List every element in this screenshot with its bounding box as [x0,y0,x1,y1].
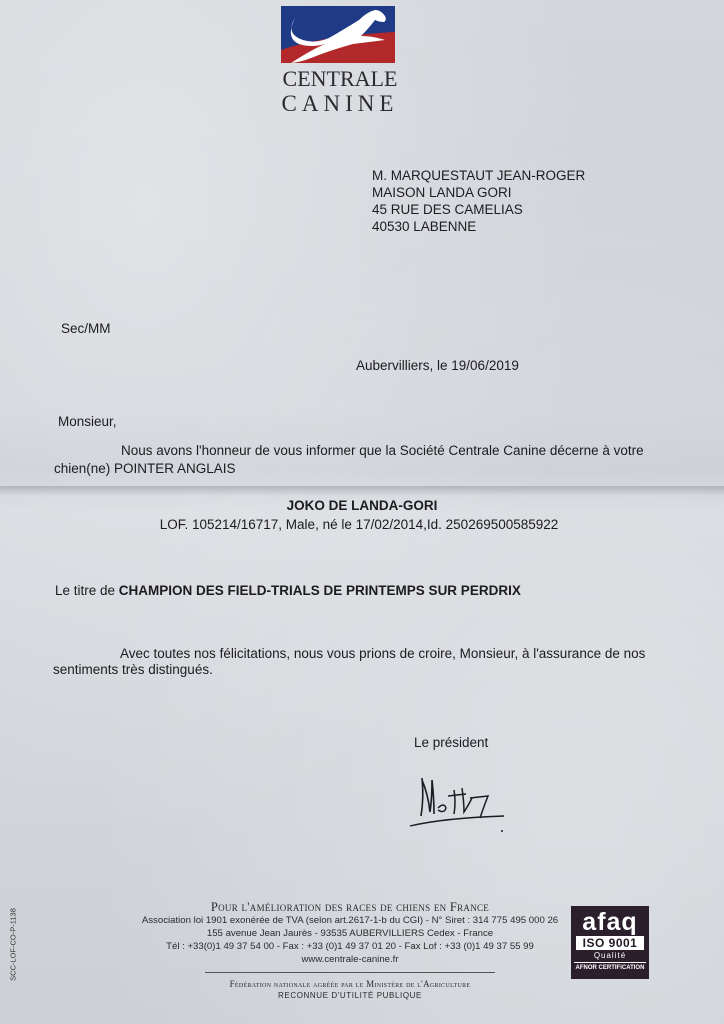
paragraph-2-line-2: sentiments très distingués. [53,661,213,678]
letterhead-footer: Pour l'amélioration des races de chiens … [140,900,560,1001]
footer-phones: Tél : +33(0)1 49 37 54 00 - Fax : +33 (0… [140,940,560,953]
centrale-canine-wordmark: CENTRALE CANINE [270,66,410,116]
footer-divider [205,972,495,973]
salutation: Monsieur, [58,413,117,430]
centrale-canine-logo-icon [281,6,395,63]
paragraph-2-line-1: Avec toutes nos félicitations, nous vous… [120,645,645,662]
award-title: CHAMPION DES FIELD-TRIALS DE PRINTEMPS S… [119,583,521,598]
footer-website[interactable]: www.centrale-canine.fr [140,953,560,966]
footer-mission: Pour l'amélioration des races de chiens … [140,900,560,914]
document-code: SCC-LOF-CO-P-1138 [9,900,18,990]
logo-line-2: CANINE [270,91,410,116]
recipient-city: 40530 LABENNE [372,218,585,235]
afaq-label: Qualité [571,950,649,962]
footer-association: Association loi 1901 exonérée de TVA (se… [140,914,560,927]
afaq-brand: afaq [571,910,649,934]
award-prefix: Le titre de [55,583,119,598]
recipient-street: 45 RUE DES CAMELIAS [372,201,585,218]
signatory-title: Le président [414,734,488,751]
recipient-address: M. MARQUESTAUT JEAN-ROGER MAISON LANDA G… [372,167,585,235]
afaq-cert: AFNOR CERTIFICATION [574,962,646,973]
date-line: Aubervilliers, le 19/06/2019 [356,357,519,374]
afaq-iso-badge: afaq ISO 9001 Qualité AFNOR CERTIFICATIO… [571,906,649,979]
paragraph-1-line-1: Nous avons l'honneur de vous informer qu… [121,442,644,459]
signature-icon [404,768,514,838]
footer-public-utility: RECONNUE D'UTILITÉ PUBLIQUE [140,990,560,1001]
reference: Sec/MM [61,320,111,337]
paragraph-1-line-2: chien(ne) POINTER ANGLAIS [54,460,236,477]
footer-address: 155 avenue Jean Jaurès - 93535 AUBERVILL… [140,927,560,940]
recipient-line-2: MAISON LANDA GORI [372,184,585,201]
recipient-name: M. MARQUESTAUT JEAN-ROGER [372,167,585,184]
footer-federation: Fédération nationale agréée par le Minis… [140,979,560,990]
dog-name: JOKO DE LANDA-GORI [0,497,724,514]
paper-fold [0,486,724,496]
logo-line-1: CENTRALE [270,66,410,91]
dog-details: LOF. 105214/16717, Male, né le 17/02/201… [0,516,718,533]
afaq-standard: ISO 9001 [576,936,644,950]
award-title-line: Le titre de CHAMPION DES FIELD-TRIALS DE… [55,582,521,599]
